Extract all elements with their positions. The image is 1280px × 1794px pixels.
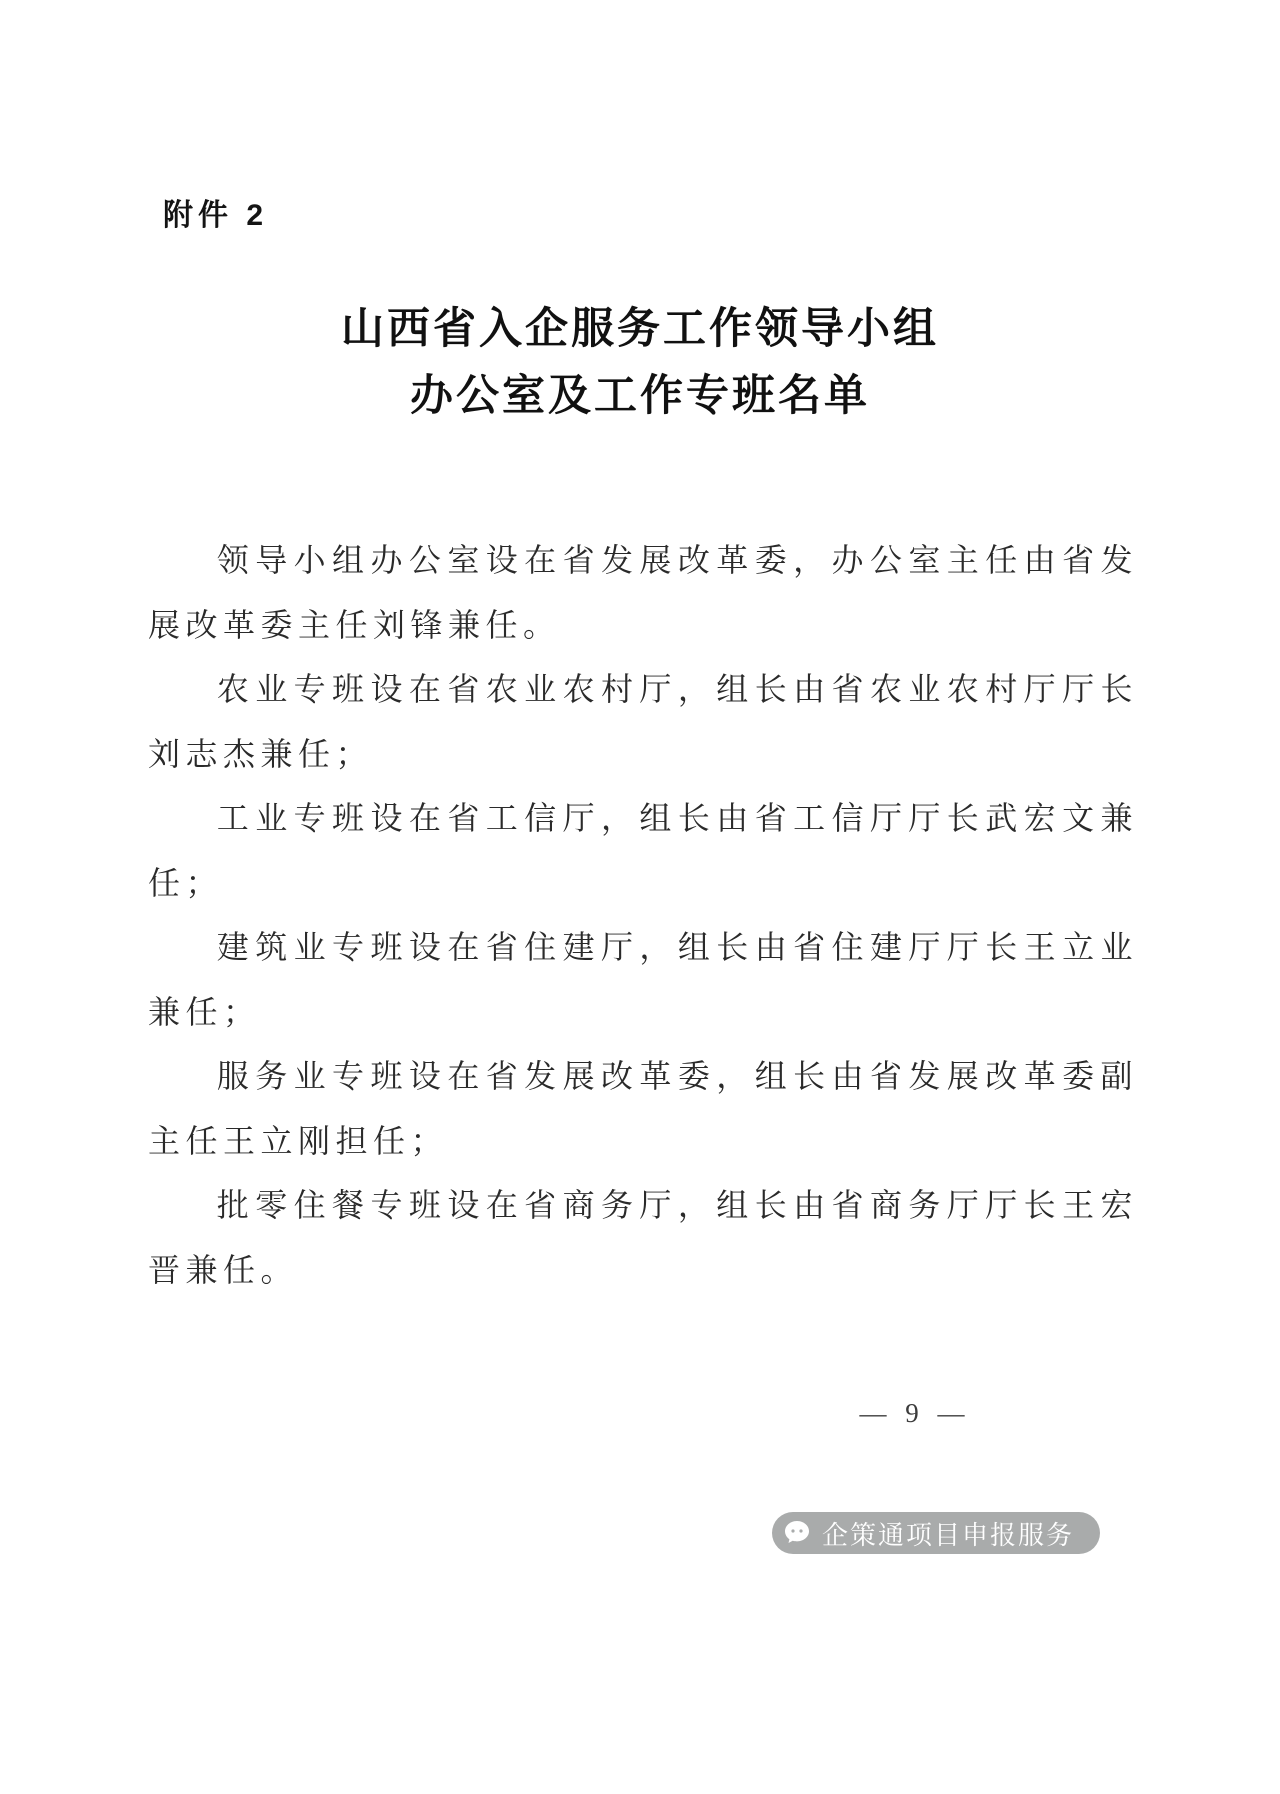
- paragraph-service: 服务业专班设在省发展改革委，组长由省发展改革委副主任王立刚担任；: [148, 1044, 1138, 1173]
- attachment-label: 附件 2: [163, 190, 268, 234]
- paragraph-construction: 建筑业专班设在省住建厅，组长由省住建厅厅长王立业兼任；: [148, 915, 1138, 1044]
- page-number: — 9 —: [840, 1398, 990, 1429]
- footer-watermark: 企策通项目申报服务: [772, 1512, 1100, 1554]
- footer-watermark-text: 企策通项目申报服务: [822, 1515, 1074, 1552]
- document-page: 附件 2 山西省入企服务工作领导小组 办公室及工作专班名单 领导小组办公室设在省…: [0, 0, 1280, 1794]
- document-title-line1: 山西省入企服务工作领导小组: [0, 296, 1280, 363]
- document-title: 山西省入企服务工作领导小组 办公室及工作专班名单: [0, 296, 1280, 430]
- paragraph-office: 领导小组办公室设在省发展改革委，办公室主任由省发展改革委主任刘锋兼任。: [148, 528, 1138, 657]
- document-body: 领导小组办公室设在省发展改革委，办公室主任由省发展改革委主任刘锋兼任。 农业专班…: [148, 528, 1138, 1302]
- speech-bubble-icon: [782, 1518, 812, 1548]
- paragraph-agriculture: 农业专班设在省农业农村厅，组长由省农业农村厅厅长刘志杰兼任；: [148, 657, 1138, 786]
- document-title-line2: 办公室及工作专班名单: [0, 363, 1280, 430]
- paragraph-retail: 批零住餐专班设在省商务厅，组长由省商务厅厅长王宏晋兼任。: [148, 1173, 1138, 1302]
- paragraph-industry: 工业专班设在省工信厅，组长由省工信厅厅长武宏文兼任；: [148, 786, 1138, 915]
